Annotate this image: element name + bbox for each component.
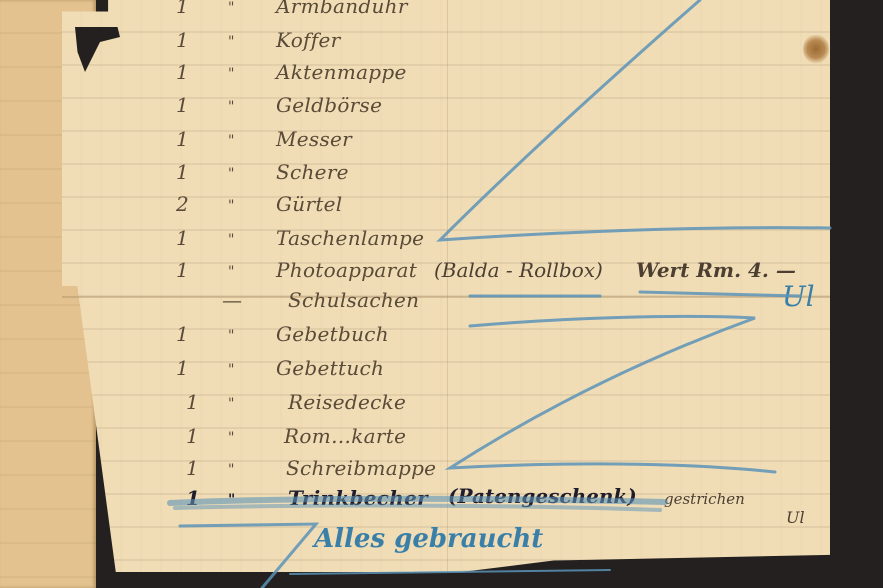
cancel-stroke-bottom: [180, 524, 316, 588]
blue-pencil-marks: [0, 0, 883, 588]
cancel-stroke-lower: [450, 316, 775, 472]
cancel-stroke-upper: [440, 0, 830, 240]
